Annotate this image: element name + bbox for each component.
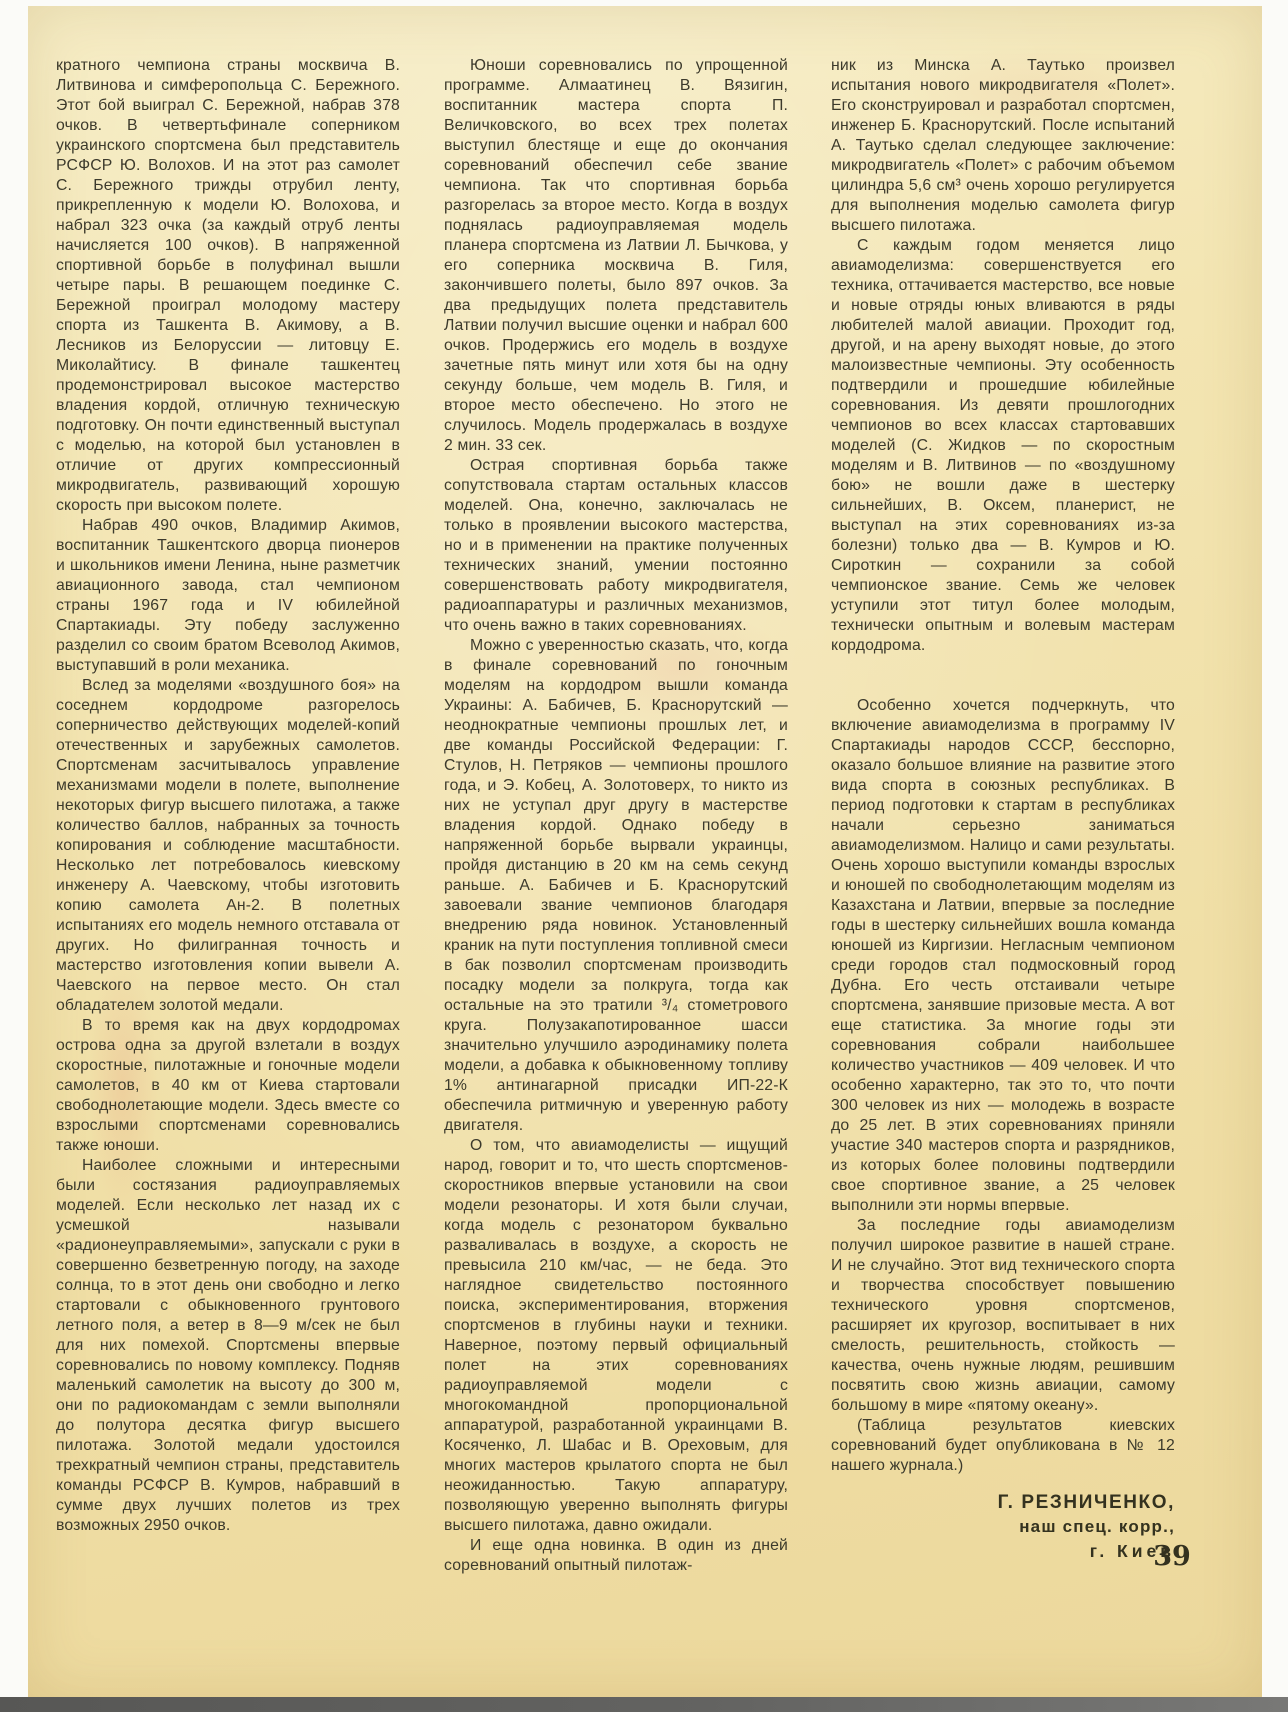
author-city: г. Киев <box>831 1539 1175 1563</box>
text-column-1: кратного чемпиона страны москвича В. Лит… <box>56 56 400 1536</box>
article-paragraph: Особенно хочется подчеркнуть, что включе… <box>831 696 1175 1216</box>
author-name: Г. РЕЗНИЧЕНКО, <box>831 1490 1175 1515</box>
article-paragraph: Можно с уверенностью сказать, что, когда… <box>444 636 788 1136</box>
article-paragraph: кратного чемпиона страны москвича В. Лит… <box>56 56 400 516</box>
page-number: 39 <box>1142 1541 1202 1572</box>
article-paragraph: За последние годы авиамоделизм получил ш… <box>831 1216 1175 1416</box>
text-column-2: Юноши соревновались по упрощенной програ… <box>444 56 788 1576</box>
text-column-3: ник из Минска А. Таутько произвел испыта… <box>831 56 1175 1563</box>
article-paragraph: С каждым годом меняется лицо авиамоделиз… <box>831 236 1175 656</box>
article-paragraph: О том, что авиамоделисты — ищущий народ,… <box>444 1136 788 1536</box>
article-paragraph: Острая спортивная борьба также сопутство… <box>444 456 788 636</box>
article-paragraph: Наиболее сложными и интересными были сос… <box>56 1156 400 1536</box>
scan-edge <box>0 1697 1288 1712</box>
article-paragraph: И еще одна новинка. В один из дней сорев… <box>444 1536 788 1576</box>
author-signature-block: Г. РЕЗНИЧЕНКО, наш спец. корр., г. Киев <box>831 1490 1175 1563</box>
article-paragraph: (Таблица результатов киевских соревнован… <box>831 1416 1175 1476</box>
article-paragraph: Вслед за моделями «воздушного боя» на со… <box>56 676 400 1016</box>
article-paragraph: В то время как на двух кордодромах остро… <box>56 1016 400 1156</box>
article-paragraph: Юноши соревновались по упрощенной програ… <box>444 56 788 456</box>
author-role: наш спец. корр., <box>831 1515 1175 1539</box>
article-paragraph: Набрав 490 очков, Владимир Акимов, воспи… <box>56 516 400 676</box>
article-paragraph: ник из Минска А. Таутько произвел испыта… <box>831 56 1175 236</box>
